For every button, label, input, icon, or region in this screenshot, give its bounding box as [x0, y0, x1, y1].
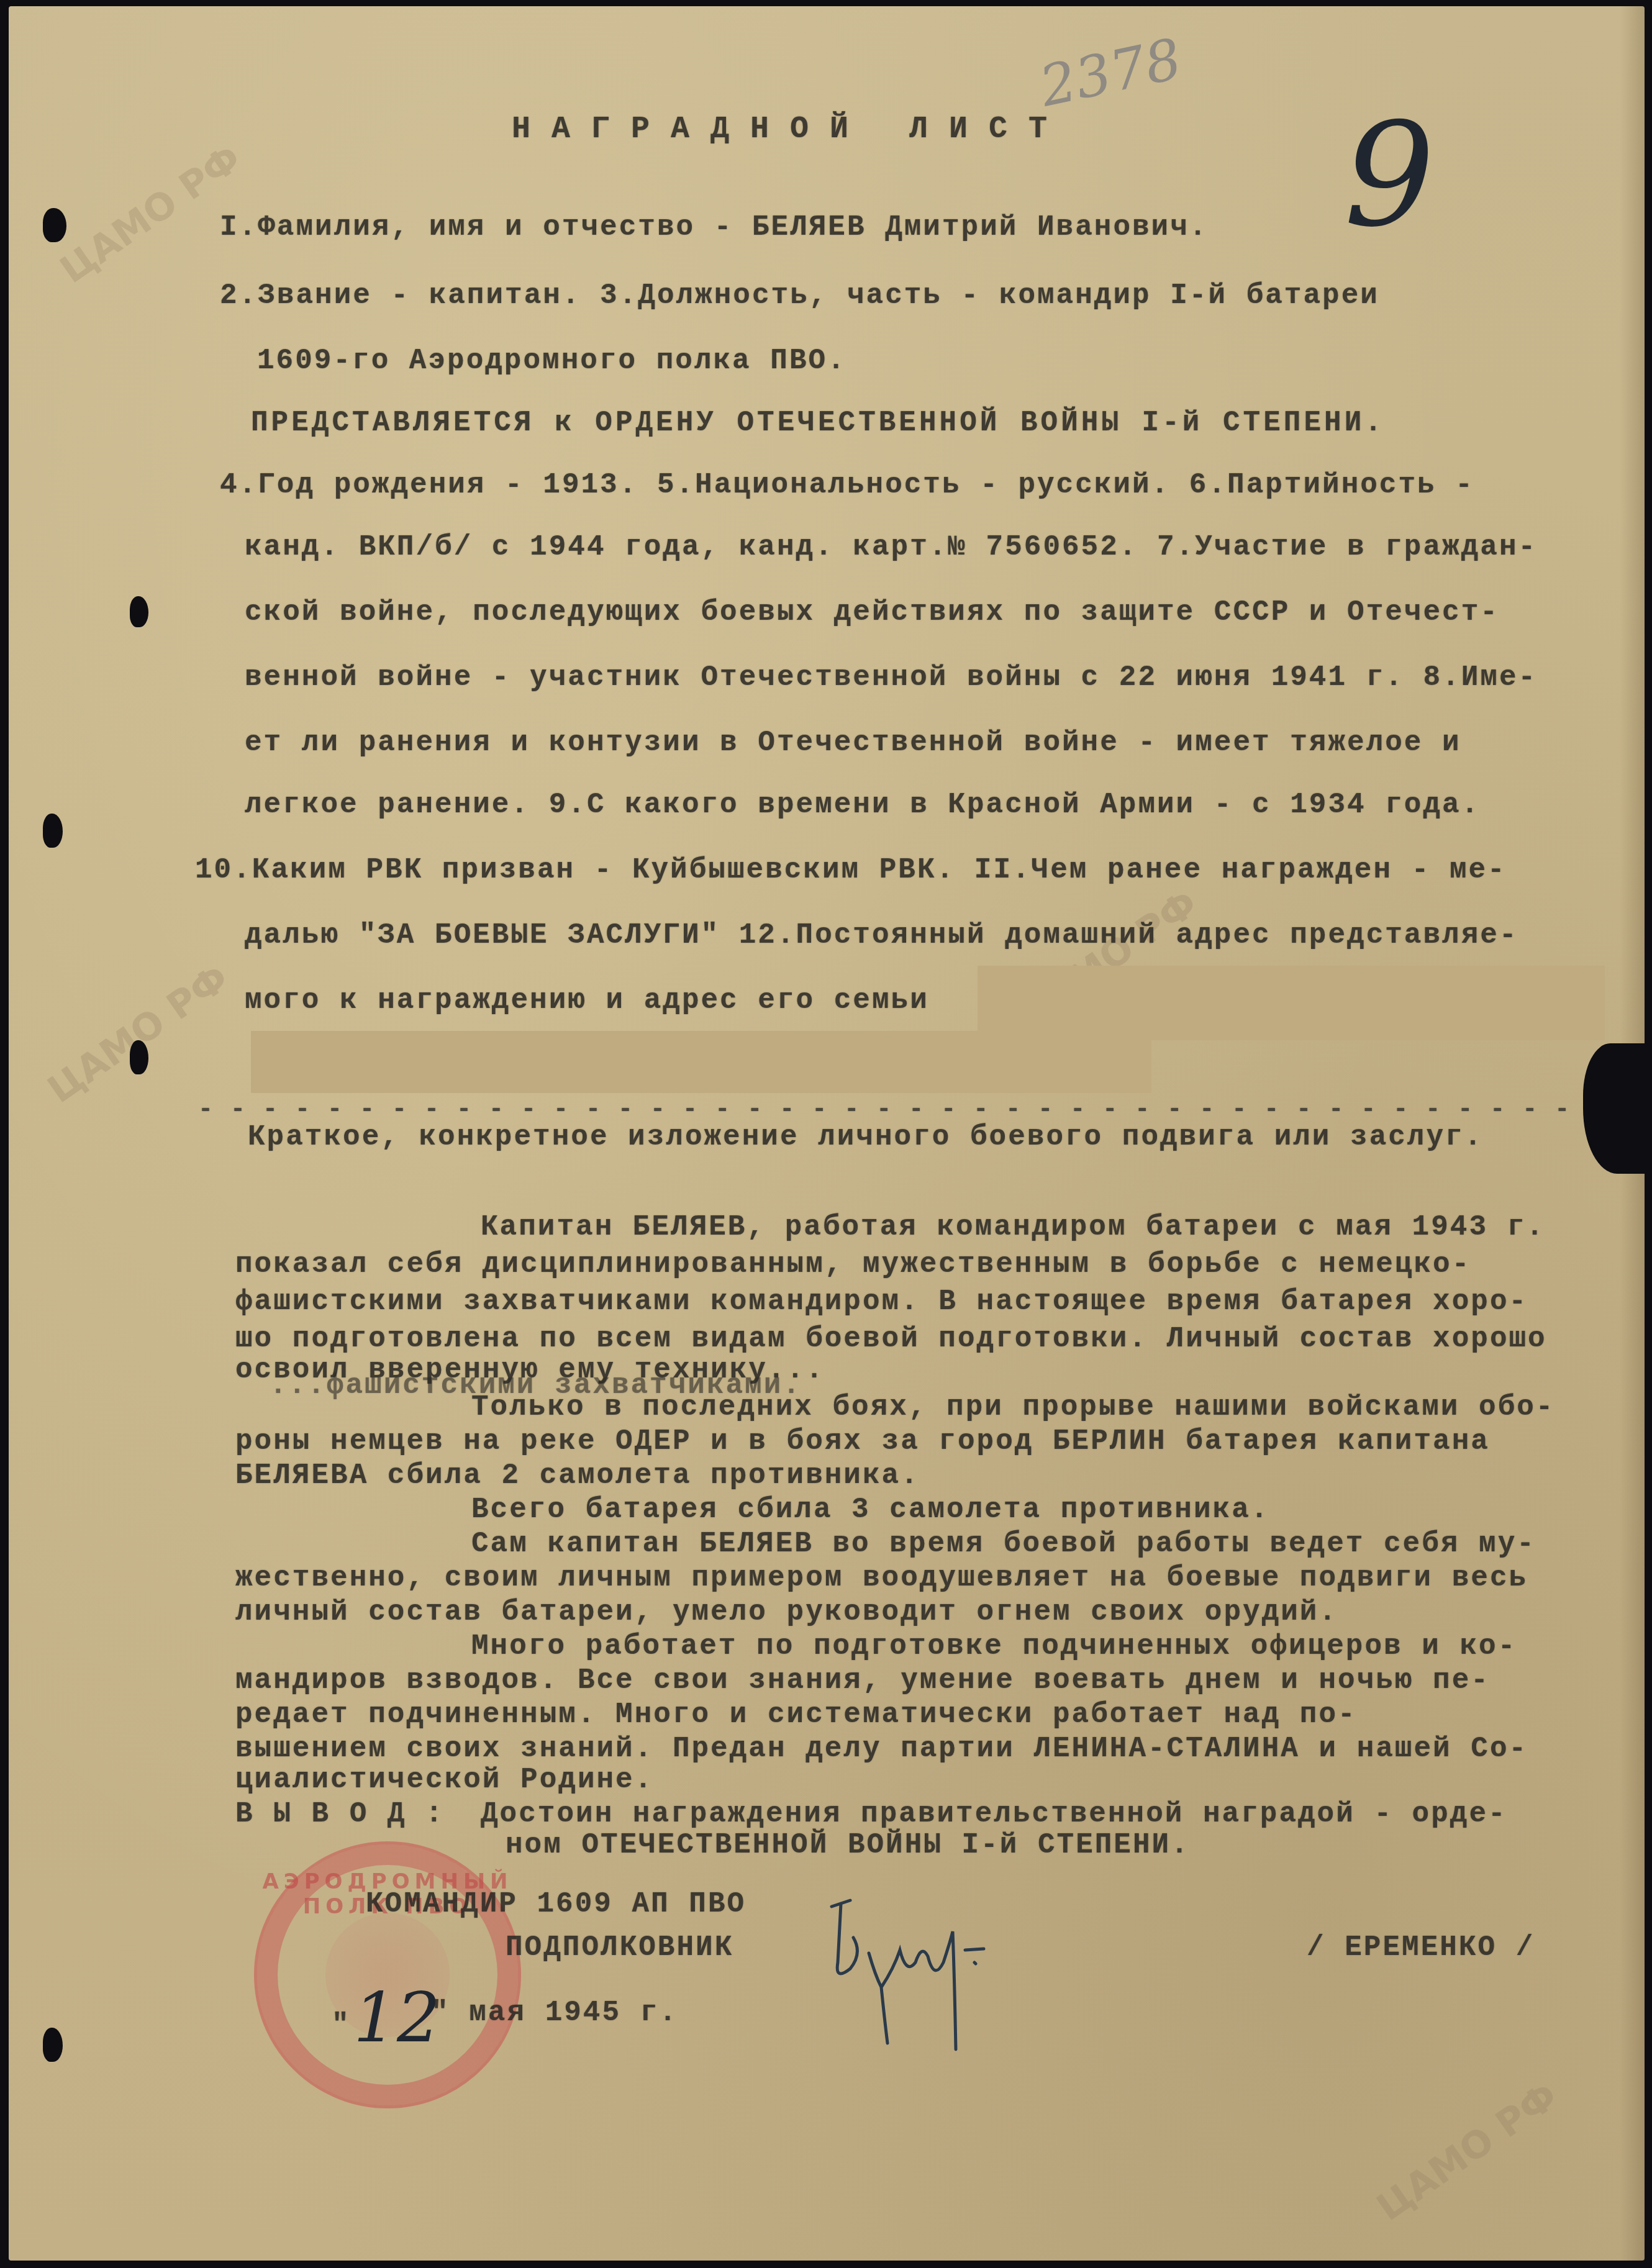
narrative-line: Только в последних боях, при прорыве наш… [471, 1391, 1554, 1423]
narrative-line: Много работает по подготовке подчиненных… [471, 1630, 1517, 1662]
conclusion-text-2: ном ОТЕЧЕСТВЕННОЙ ВОЙНЫ I-й СТЕПЕНИ. [506, 1829, 1190, 1861]
document-title: НАГРАДНОЙ ЛИСТ [512, 112, 1068, 147]
field-line-12: мого к награждению и адрес его семьи [245, 984, 929, 1017]
section-heading: Краткое, конкретное изложение личного бо… [248, 1121, 1483, 1153]
redacted-address-block [251, 1031, 1151, 1093]
handwritten-sheet-number: 9 [1344, 93, 1435, 259]
award-sheet-paper: ЦАМО РФ ЦАМО РФ ЦАМО РФ ЦАМО РФ 2378 9 Н… [9, 6, 1645, 2261]
narrative-line: показал себя дисциплинированным, мужеств… [235, 1248, 1471, 1281]
signer-position: КОМАНДИР 1609 АП ПВО [366, 1888, 746, 1920]
field-line-11: далью "ЗА БОЕВЫЕ ЗАСЛУГИ" 12.Постоянный … [245, 919, 1518, 951]
award-nomination-line: ПРЕДСТАВЛЯЕТСЯ к ОРДЕНУ ОТЕЧЕСТВЕННОЙ ВО… [251, 407, 1385, 439]
narrative-line: Сам капитан БЕЛЯЕВ во время боевой работ… [471, 1528, 1536, 1560]
narrative-line: мандиров взводов. Все свои знания, умени… [235, 1664, 1490, 1697]
separator-dashes: - - - - - - - - - - - - - - - - - - - - … [198, 1096, 1652, 1124]
field-line-7: венной войне - участник Отечественной во… [245, 661, 1537, 694]
conclusion-text: Достоин награждения правительственной на… [481, 1798, 1507, 1830]
field-line-4: 4.Год рождения - 1913. 5.Национальность … [220, 469, 1474, 501]
field-line-3: 1609-го Аэродромного полка ПВО. [257, 345, 846, 377]
binding-hole [130, 596, 148, 627]
binding-hole [43, 2028, 63, 2062]
narrative-line: шо подготовлена по всем видам боевой под… [235, 1323, 1547, 1355]
signer-rank: ПОДПОЛКОВНИК [506, 1931, 733, 1964]
official-seal-stamp: АЭРОДРОМНЫЙ ПОЛК ПВО [254, 1841, 521, 2108]
date-month-year: " мая 1945 г. [431, 1997, 678, 2029]
field-line-2: 2.Звание - капитан. 3.Должность, часть -… [220, 279, 1379, 312]
binding-hole [43, 208, 66, 242]
pencil-archive-number: 2378 [1035, 26, 1187, 119]
binding-hole [43, 814, 63, 848]
field-line-1: I.Фамилия, имя и отчество - БЕЛЯЕВ Дмитр… [220, 211, 1208, 243]
torn-edge [1583, 1043, 1651, 1174]
narrative-line: Всего батарея сбила 3 самолета противник… [471, 1494, 1269, 1526]
field-line-6: ской войне, последующих боевых действиях… [245, 596, 1499, 628]
date-open-quote: " [332, 2009, 351, 2041]
narrative-line: роны немцев на реке ОДЕР и в боях за гор… [235, 1425, 1490, 1458]
field-line-8: ет ли ранения и контузии в Отечественной… [245, 727, 1461, 759]
field-line-10: 10.Каким РВК призван - Куйбышевским РВК.… [195, 854, 1507, 886]
redacted-address-block [978, 966, 1605, 1040]
archive-watermark: ЦАМО РФ [1369, 2074, 1565, 2230]
narrative-line: Капитан БЕЛЯЕВ, работая командиром батар… [481, 1211, 1545, 1243]
binding-hole [130, 1040, 148, 1074]
handwritten-signature [807, 1894, 1068, 2056]
narrative-line: жественно, своим личным примером воодуше… [235, 1562, 1528, 1594]
field-line-5: канд. ВКП/б/ с 1944 года, канд. карт.№ 7… [245, 531, 1537, 563]
narrative-line: редает подчиненным. Много и систематичес… [235, 1699, 1357, 1731]
narrative-line: вышением своих знаний. Предан делу парти… [235, 1733, 1528, 1765]
narrative-line: БЕЛЯЕВА сбила 2 самолета противника. [235, 1459, 920, 1492]
narrative-line: циалистической Родине. [235, 1764, 653, 1796]
field-line-9: легкое ранение. 9.С какого времени в Кра… [245, 789, 1480, 821]
signer-name: / ЕРЕМЕНКО / [1307, 1931, 1535, 1964]
conclusion-label: В Ы В О Д : [235, 1798, 445, 1830]
narrative-line: личный состав батареи, умело руководит о… [235, 1596, 1338, 1628]
narrative-line: фашистскими захватчиками командиром. В н… [235, 1286, 1528, 1318]
archive-watermark: ЦАМО РФ [40, 956, 236, 1112]
date-day-handwritten: 12 [353, 1978, 440, 2057]
